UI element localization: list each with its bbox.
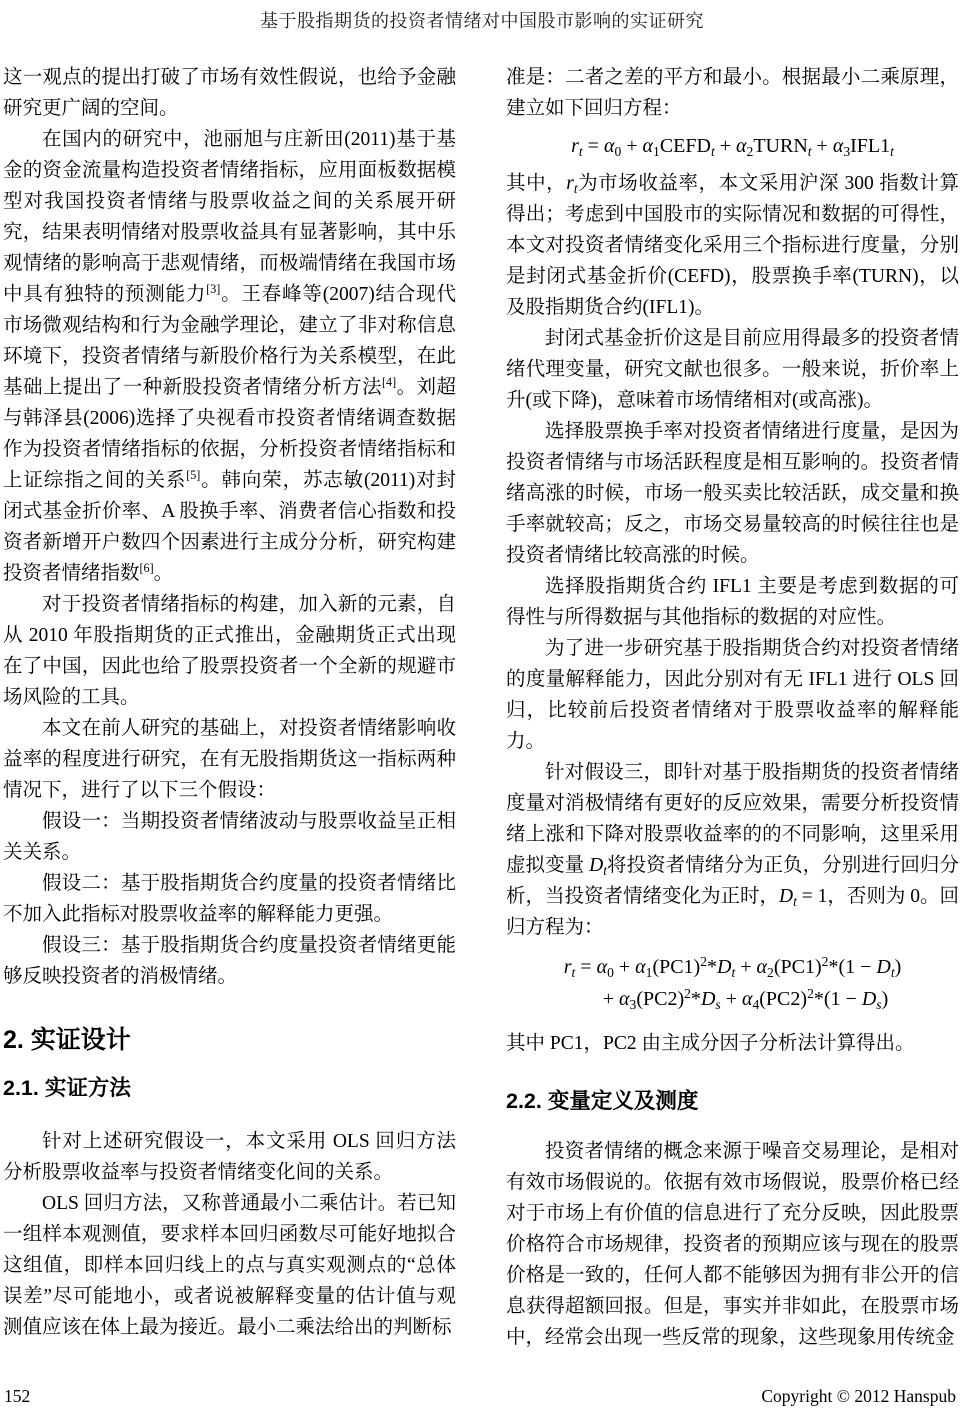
paragraph-least-squares-criterion: 准是：二者之差的平方和最小。根据最小二乘原理，建立如下回归方程： [506,62,959,124]
regression-formula-1: rt = α0 + α1CEFDt + α2TURNt + α3IFL1t [506,130,959,162]
paragraph-ols-explanation: OLS 回归方法，又称普通最小二乘估计。若已知一组样本观测值，要求样本回归函数尽… [3,1188,456,1343]
section-heading-empirical-design: 2. 实证设计 [3,1026,456,1055]
paragraph-hypothesis-1: 假设一：当期投资者情绪波动与股票收益呈正相关关系。 [3,806,456,868]
paragraph-hypotheses-intro: 本文在前人研究的基础上，对投资者情绪影响收益率的程度进行研究，在有无股指期货这一… [3,713,456,806]
paragraph-pc-note: 其中 PC1，PC2 由主成分因子分析法计算得出。 [506,1028,959,1059]
paragraph-domestic-research: 在国内的研究中，池丽旭与庄新田(2011)基于基金的资金流量构造投资者情绪指标，… [3,124,456,589]
two-column-body: 这一观点的提出打破了市场有效性假说，也给予金融研究更广阔的空间。 在国内的研究中… [0,62,964,1392]
paragraph-hypothesis3-dummy: 针对假设三，即针对基于股指期货的投资者情绪度量对消极情绪有更好的反应效果，需要分… [506,757,959,943]
regression-formula-2-line-2: + α3(PC2)2*Ds + α4(PC2)2*(1 − Ds) [506,983,959,1015]
paragraph-hypothesis-3: 假设三：基于股指期货合约度量投资者情绪更能够反映投资者的消极情绪。 [3,930,456,992]
regression-formula-2-line-1: rt = α0 + α1(PC1)2*Dt + α2(PC1)2*(1 − Dt… [506,951,959,983]
subsection-heading-empirical-method: 2.1. 实证方法 [3,1076,456,1101]
paragraph-cefd: 封闭式基金折价这是目前应用得最多的投资者情绪代理变量，研究文献也很多。一般来说，… [506,323,959,416]
page-number: 152 [4,1386,30,1407]
paragraph-continuation: 这一观点的提出打破了市场有效性假说，也给予金融研究更广阔的空间。 [3,62,456,124]
paragraph-further-study: 为了进一步研究基于股指期货合约对投资者情绪的度量解释能力，因此分别对有无 IFL… [506,633,959,757]
left-column: 这一观点的提出打破了市场有效性假说，也给予金融研究更广阔的空间。 在国内的研究中… [3,62,456,1392]
running-title: 基于股指期货的投资者情绪对中国股市影响的实证研究 [260,11,704,31]
copyright-notice: Copyright © 2012 Hanspub [761,1386,956,1407]
paragraph-ols-approach: 针对上述研究假设一，本文采用 OLS 回归方法分析股票收益率与投资者情绪变化间的… [3,1126,456,1188]
paragraph-index-futures-intro: 对于投资者情绪指标的构建，加入新的元素，自从 2010 年股指期货的正式推出，金… [3,589,456,713]
page-header: 基于股指期货的投资者情绪对中国股市影响的实证研究 [0,0,964,33]
paragraph-hypothesis-2: 假设二：基于股指期货合约度量的投资者情绪比不加入此指标对股票收益率的解释能力更强… [3,868,456,930]
paragraph-turnover: 选择股票换手率对投资者情绪进行度量，是因为投资者情绪与市场活跃程度是相互影响的。… [506,416,959,571]
page-footer: 152 Copyright © 2012 Hanspub [4,1386,956,1407]
paragraph-variable-description: 其中，rt为市场收益率，本文采用沪深 300 指数计算得出；考虑到中国股市的实际… [506,168,959,323]
subsection-heading-variable-definition: 2.2. 变量定义及测度 [506,1089,959,1114]
paragraph-ifl1-choice: 选择股指期货合约 IFL1 主要是考虑到数据的可得性与所得数据与其他指标的数据的… [506,571,959,633]
regression-formula-2: rt = α0 + α1(PC1)2*Dt + α2(PC1)2*(1 − Dt… [506,951,959,1015]
paragraph-investor-sentiment-concept: 投资者情绪的概念来源于噪音交易理论，是相对有效市场假说的。依据有效市场假说，股票… [506,1136,959,1353]
paper-page: { "colors": { "background": "#ffffff", "… [0,0,964,1414]
right-column: 准是：二者之差的平方和最小。根据最小二乘原理，建立如下回归方程： rt = α0… [506,62,959,1392]
